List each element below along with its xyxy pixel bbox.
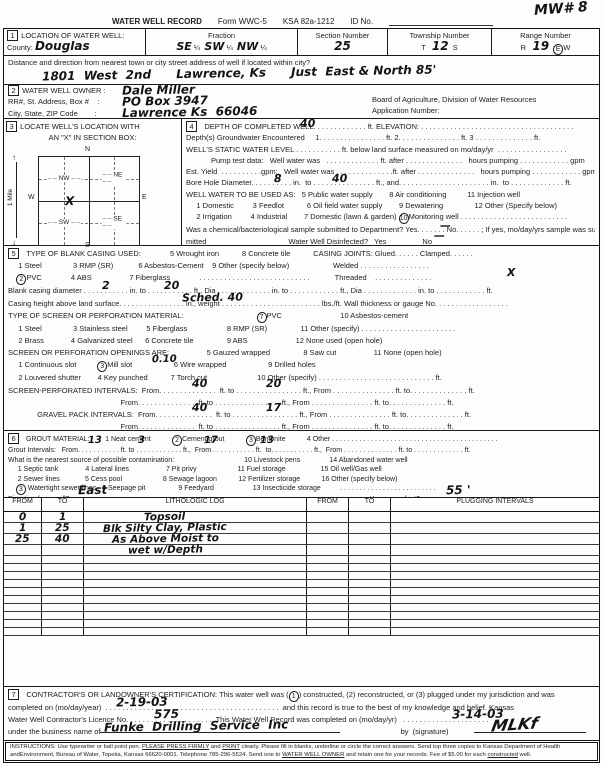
groundwater-line: Depth(s) Groundwater Encountered 1. . . … [186, 132, 595, 143]
quadrant-sw-label: SW [47, 219, 81, 226]
to-cell-1 [42, 612, 84, 619]
owner-heading: WATER WELL OWNER : [22, 86, 105, 95]
plugging-intervals-cell [391, 512, 599, 522]
table-row: 0 1 Topsoil [4, 512, 599, 523]
col-to-2: TO [349, 498, 391, 511]
to-cell-1 [42, 604, 84, 611]
cement-grout-circled: 2 [172, 435, 182, 446]
gravel-interval-from-value: 40 [192, 401, 208, 414]
table-row [4, 556, 599, 564]
compass-north-label: N [85, 146, 90, 153]
one-mile-label: 1 Mile [7, 188, 14, 205]
lithologic-table-body: 0 1 Topsoil 1 25 Blk Silty Clay, Plastic… [4, 512, 599, 636]
table-row [4, 620, 599, 628]
to-cell-2 [349, 612, 391, 619]
lithologic-log-cell [84, 612, 307, 619]
table-row: 25 40 As Above Moist to [4, 534, 599, 545]
lithologic-log-cell [84, 588, 307, 595]
quadrant-se-label: SE [102, 215, 127, 229]
from-cell-1 [4, 628, 42, 635]
form-body: 1LOCATION OF WATER WELL: County: Douglas… [3, 28, 600, 763]
col-to-1: TO [42, 498, 84, 511]
compass-east-label: E [142, 194, 147, 201]
grout-from-2: 17 [204, 435, 218, 446]
pvc-casing-circled: 2 [16, 274, 26, 285]
plugging-intervals-cell [391, 523, 599, 533]
openings-heading: SCREEN OR PERFORATION OPENINGS ARE: 5 Ga… [8, 347, 595, 359]
grout-to-1: 3 [138, 435, 145, 446]
lithologic-table-header: FROM TO LITHOLOGIC LOG FROM TO PLUGGING … [4, 498, 599, 512]
owner-city-label: City, State, ZIP Code : [4, 108, 599, 119]
col-plugging-intervals: PLUGGING INTERVALS [391, 498, 599, 511]
locate-heading-2: AN "X" IN SECTION BOX: [6, 132, 179, 143]
plugging-intervals-cell [391, 556, 599, 563]
lithologic-log-cell [84, 628, 307, 635]
section-7-certification: 7 CONTRACTOR'S OR LANDOWNER'S CERTIFICAT… [4, 687, 599, 741]
certification-line-1b: ) constructed, (2) reconstructed, or (3)… [299, 690, 555, 699]
locate-heading-1: LOCATE WELL'S LOCATION WITH [20, 122, 140, 131]
from-cell-1: 1 [4, 523, 42, 533]
section-3-4-row: 3LOCATE WELL'S LOCATION WITH AN "X" IN S… [4, 119, 599, 246]
table-row [4, 572, 599, 580]
mw-number-note: MW# 8 [534, 0, 589, 19]
casing-weight-value: Sched. 40 [182, 290, 243, 304]
plugging-intervals-cell [391, 628, 599, 635]
screen-material-line-3: 2 Brass 4 Galvanized steel 6 Concrete ti… [8, 335, 595, 347]
bore-depth-value: 40 [332, 172, 348, 185]
section-5-number: 5 [8, 248, 19, 259]
section-7-number: 7 [8, 689, 19, 700]
to-cell-2 [349, 512, 391, 522]
plugging-intervals-cell [391, 604, 599, 611]
openings-line-2a: 1 Continuous slot [8, 360, 97, 369]
casing-line-1: TYPE OF BLANK CASING USED: 5 Wrought iro… [22, 249, 473, 258]
est-yield-line: Est. Yield . . . . . . . . . .gpm: Well … [186, 166, 595, 177]
disinfected-no-dash: — [434, 229, 445, 242]
to-cell-2 [349, 628, 391, 635]
from-cell-2 [307, 572, 349, 579]
to-cell-1 [42, 545, 84, 555]
fraction-3: NW [237, 41, 258, 53]
to-cell-2 [349, 556, 391, 563]
instructions-text: INSTRUCTIONS: Use typewriter or ball poi… [10, 744, 142, 750]
to-cell-1 [42, 620, 84, 627]
form-number: Form WWC-5 [218, 17, 267, 26]
arrow-up-icon: ↑ [12, 153, 16, 162]
table-row [4, 564, 599, 572]
distance-row: Distance and direction from nearest town… [4, 56, 599, 85]
screen-intervals-line-2: From. . . . . . . . . . . . . . ft. to .… [8, 397, 595, 409]
mill-slot-size-value: 0.10 [152, 354, 177, 365]
to-cell-2 [349, 588, 391, 595]
plugging-intervals-cell [391, 620, 599, 627]
plugging-intervals-cell [391, 612, 599, 619]
use-line-3a: 2 Irrigation 4 Industrial 7 Domestic (la… [186, 212, 399, 221]
casing-height-line: Casing height above land surface. . . . … [8, 298, 595, 310]
to-cell-2 [349, 523, 391, 533]
section-number-label: Section Number [301, 30, 384, 41]
grout-intervals-line: Grout Intervals: From. . . . . . . . . .… [8, 446, 595, 456]
to-cell-2 [349, 564, 391, 571]
from-cell-2 [307, 612, 349, 619]
to-cell-1: 40 [42, 534, 84, 544]
section-1-number: 1 [7, 30, 18, 41]
casing-diameter-line: Blank casing diameter . . . . . . . . . … [8, 285, 595, 297]
screen-material-heading-b: PVC 10 Asbestos-cement [267, 311, 409, 320]
from-cell-2 [307, 534, 349, 544]
section-number-value: 25 [334, 41, 351, 53]
to-cell-2 [349, 596, 391, 603]
range-label: Range Number [495, 30, 596, 41]
from-cell-2 [307, 564, 349, 571]
section-4-number: 4 [186, 121, 197, 132]
disinfected-label: Water Well Disinfected? Yes [288, 236, 386, 245]
quadrant-ne-label: NE [102, 171, 127, 185]
casing-line-3b: PVC 4 ABS 7 Fiberglass . . . . . . . . .… [26, 273, 431, 282]
section-6-grout: 6 GROUT MATERIAL: 1 Neat cement 2Cement … [4, 431, 599, 498]
signature-underline [474, 732, 586, 733]
from-cell-1 [4, 620, 42, 627]
grout-from-1: 13 [88, 435, 102, 446]
section-1-heading: LOCATION OF WATER WELL: [21, 31, 124, 40]
table-row: wet w/Depth [4, 545, 599, 556]
use-line-2: 1 Domestic 3 Feedlot 6 Oil field water s… [186, 200, 595, 211]
table-row [4, 580, 599, 588]
county-label: County: [7, 43, 33, 52]
direction-value: East [78, 483, 107, 498]
screen-material-heading: TYPE OF SCREEN OR PERFORATION MATERIAL: [8, 311, 257, 320]
to-cell-2 [349, 572, 391, 579]
county-cell: 1LOCATION OF WATER WELL: County: Douglas [4, 29, 146, 55]
from-cell-1 [4, 545, 42, 555]
plugging-intervals-cell [391, 596, 599, 603]
openings-line-3: 2 Louvered shutter 4 Key punched 7 Torch… [8, 372, 595, 384]
to-cell-1: 25 [42, 523, 84, 533]
pump-test-line: Pump test data: Well water was . . . . .… [186, 155, 595, 166]
lithologic-log-cell [84, 620, 307, 627]
feet-value: 55 ' [446, 483, 471, 497]
range-value: 19 [532, 41, 549, 53]
ksa-number: KSA 82a-1212 [283, 17, 335, 26]
table-row [4, 588, 599, 596]
business-name-label: under the business name of [8, 726, 101, 738]
grout-line-1c: Bentonite 4 Other . . . . . . . . . . . … [256, 436, 498, 443]
casing-line-3a [8, 273, 16, 282]
screen-interval-to-value: 20 [266, 377, 282, 390]
sample-mitted: mitted [186, 236, 206, 245]
range-w: W [563, 43, 570, 52]
from-cell-1 [4, 572, 42, 579]
mill-slot-circled: 3 [97, 361, 107, 372]
from-cell-1 [4, 580, 42, 587]
well-location-x-mark: X [65, 193, 75, 207]
lithologic-log-cell [84, 580, 307, 587]
board-of-agriculture-label: Board of Agriculture, Division of Water … [372, 94, 536, 105]
form-title: WATER WELL RECORD [112, 17, 202, 26]
from-cell-2 [307, 604, 349, 611]
plugging-intervals-cell [391, 580, 599, 587]
range-r: R [521, 43, 526, 52]
disinfected-no: No [422, 236, 432, 245]
instructions-box: INSTRUCTIONS: Use typewriter or ball poi… [5, 742, 598, 761]
completed-on-line: completed on (mo/day/year) . . . . . . .… [8, 702, 595, 714]
section-3-number: 3 [6, 121, 17, 132]
use-line-3b: Monitoring well . . . . . . . . . . . . … [409, 212, 567, 221]
plugging-intervals-cell [391, 572, 599, 579]
bore-hole-line: Bore Hole Diameter. . . . . . . . . . in… [186, 177, 595, 188]
to-cell-2 [349, 620, 391, 627]
plugging-intervals-cell [391, 588, 599, 595]
section-5-casing: 5 TYPE OF BLANK CASING USED: 5 Wrought i… [4, 246, 599, 431]
openings-line-2b: Mill slot 6 Wire wrapped 9 Drilled holes [107, 360, 315, 369]
section-square: NW NE SW SE X [38, 156, 140, 246]
contamination-line-4a [8, 485, 16, 492]
screen-material-line-2: 1 Steel 3 Stainless steel 5 Fiberglass 8… [8, 323, 595, 335]
col-from-1: FROM [4, 498, 42, 511]
from-cell-1 [4, 556, 42, 563]
gravel-intervals-line-2: From. . . . . . . . . . . . . . ft. to .… [8, 421, 595, 431]
fraction-1: SE [176, 41, 191, 53]
sample-question-line: Was a chemical/bacteriological sample su… [186, 224, 595, 235]
township-cell: Township Number T 12 S [388, 29, 492, 55]
lithologic-log-cell [84, 564, 307, 571]
watertight-sewer-circled: 3 [16, 484, 26, 495]
bentonite-circled: 3 [246, 435, 256, 446]
casing-diameter-value: 2 [102, 279, 110, 292]
county-value: Douglas [35, 41, 90, 53]
casing-diameter-to-value: 20 [164, 279, 180, 292]
screen-interval-from-value: 40 [192, 377, 208, 390]
owner-city: Lawrence Ks 66046 [122, 104, 258, 120]
from-cell-1: 25 [4, 534, 42, 544]
col-lithologic-log: LITHOLOGIC LOG [84, 498, 307, 511]
fraction-cell: Fraction SE ¼ SW ¼ NW ¼ [146, 29, 298, 55]
from-cell-1: 0 [4, 512, 42, 522]
from-cell-1 [4, 612, 42, 619]
from-cell-2 [307, 628, 349, 635]
depth-line: DEPTH OF COMPLETED WELL. . . . . . . . .… [200, 122, 573, 131]
quarter-glyph: ¼ [260, 43, 266, 52]
from-cell-2 [307, 620, 349, 627]
quarter-glyph: ¼ [194, 43, 200, 52]
to-cell-1 [42, 588, 84, 595]
quadrant-nw-label: NW [47, 175, 82, 182]
static-water-line: WELL'S STATIC WATER LEVEL . . . . . . . … [186, 144, 595, 155]
screen-intervals-line-1: SCREEN-PERFORATED INTERVALS: From. . . .… [8, 385, 595, 397]
township-s: S [453, 43, 458, 52]
section-2-number: 2 [8, 85, 19, 96]
col-from-2: FROM [307, 498, 349, 511]
to-cell-1 [42, 628, 84, 635]
to-cell-1: 1 [42, 512, 84, 522]
to-cell-1 [42, 580, 84, 587]
lithologic-table: FROM TO LITHOLOGIC LOG FROM TO PLUGGING … [4, 498, 599, 687]
fraction-label: Fraction [149, 30, 294, 41]
lithologic-log-cell [84, 572, 307, 579]
fraction-2: SW [204, 41, 224, 53]
table-row: 1 25 Blk Silty Clay, Plastic [4, 523, 599, 534]
from-cell-1 [4, 588, 42, 595]
bore-diameter-value: 8 [274, 172, 282, 185]
table-row [4, 596, 599, 604]
from-cell-1 [4, 564, 42, 571]
to-cell-1 [42, 556, 84, 563]
press-firmly-underlined: PLEASE PRESS FIRMLY [142, 744, 209, 750]
township-label: Township Number [391, 30, 488, 41]
form-title-bar: WATER WELL RECORD Form WWC-5 KSA 82a-121… [112, 17, 493, 26]
application-number-label: Application Number: [372, 105, 440, 116]
section-box-diagram: ↑ ↓ 1 Mile N W E S [6, 146, 179, 250]
threaded-x-mark: X [507, 266, 516, 279]
constructed-underlined: constructed [487, 752, 517, 758]
signature-label: by (signature) [401, 726, 449, 738]
lithologic-log-cell [84, 556, 307, 563]
from-cell-2 [307, 556, 349, 563]
to-cell-2 [349, 580, 391, 587]
monitoring-well-circled: 10 [399, 213, 409, 224]
range-cell: Range Number R 19 EW [492, 29, 599, 55]
use-line-1: WELL WATER TO BE USED AS: 5 Public water… [186, 189, 595, 200]
gravel-intervals-line-1: GRAVEL PACK INTERVALS: From. . . . . . .… [8, 409, 595, 421]
pvc-screen-circled: 7 [257, 312, 267, 323]
from-cell-2 [307, 596, 349, 603]
grout-to-2: 13 [260, 435, 274, 446]
section-6-number: 6 [8, 433, 19, 444]
section-4-depth: 4 DEPTH OF COMPLETED WELL. . . . . . . .… [182, 119, 599, 245]
depth-completed-value: 40 [300, 119, 316, 130]
from-cell-2 [307, 588, 349, 595]
section-2-owner: 2WATER WELL OWNER : RR#, St. Address, Bo… [4, 85, 599, 119]
to-cell-2 [349, 545, 391, 555]
id-number-label: ID No. [350, 17, 373, 26]
from-cell-2 [307, 523, 349, 533]
to-cell-1 [42, 572, 84, 579]
water-well-owner-underlined: WATER WELL OWNER [282, 752, 344, 758]
quarter-glyph: ¼ [226, 43, 232, 52]
from-cell-2 [307, 512, 349, 522]
section-1-location: 1LOCATION OF WATER WELL: County: Douglas… [4, 29, 599, 56]
township-t: T [421, 43, 425, 52]
contamination-heading: What is the nearest source of possible c… [8, 456, 595, 466]
table-row [4, 612, 599, 620]
business-name-underline [100, 732, 340, 733]
section-3-locate: 3LOCATE WELL'S LOCATION WITH AN "X" IN S… [4, 119, 182, 245]
to-cell-2 [349, 534, 391, 544]
gravel-interval-to-value: 17 [266, 401, 282, 414]
plugging-intervals-cell [391, 534, 599, 544]
table-row [4, 628, 599, 636]
lithologic-log-cell [84, 604, 307, 611]
compass-west-label: W [28, 194, 35, 201]
from-cell-2 [307, 545, 349, 555]
section-number-cell: Section Number 25 [298, 29, 388, 55]
table-row [4, 604, 599, 612]
print-underlined: PRINT [222, 744, 240, 750]
lithologic-log-cell [84, 596, 307, 603]
from-cell-1 [4, 596, 42, 603]
to-cell-1 [42, 596, 84, 603]
id-number-blank [389, 17, 493, 26]
to-cell-2 [349, 604, 391, 611]
constructed-circled: 1 [289, 691, 299, 702]
from-cell-1 [4, 604, 42, 611]
township-value: 12 [432, 41, 449, 53]
plugging-intervals-cell [391, 564, 599, 571]
lithologic-log-cell: wet w/Depth [84, 545, 307, 555]
contamination-line-2: 1 Septic tank 4 Lateral lines 7 Pit priv… [8, 465, 595, 475]
plugging-intervals-cell [391, 545, 599, 555]
from-cell-2 [307, 580, 349, 587]
to-cell-1 [42, 564, 84, 571]
one-mile-arrow: ↑ ↓ 1 Mile [10, 156, 24, 244]
range-east-circled: E [553, 44, 563, 55]
water-well-record-scan: MW# 8 WATER WELL RECORD Form WWC-5 KSA 8… [0, 0, 604, 767]
